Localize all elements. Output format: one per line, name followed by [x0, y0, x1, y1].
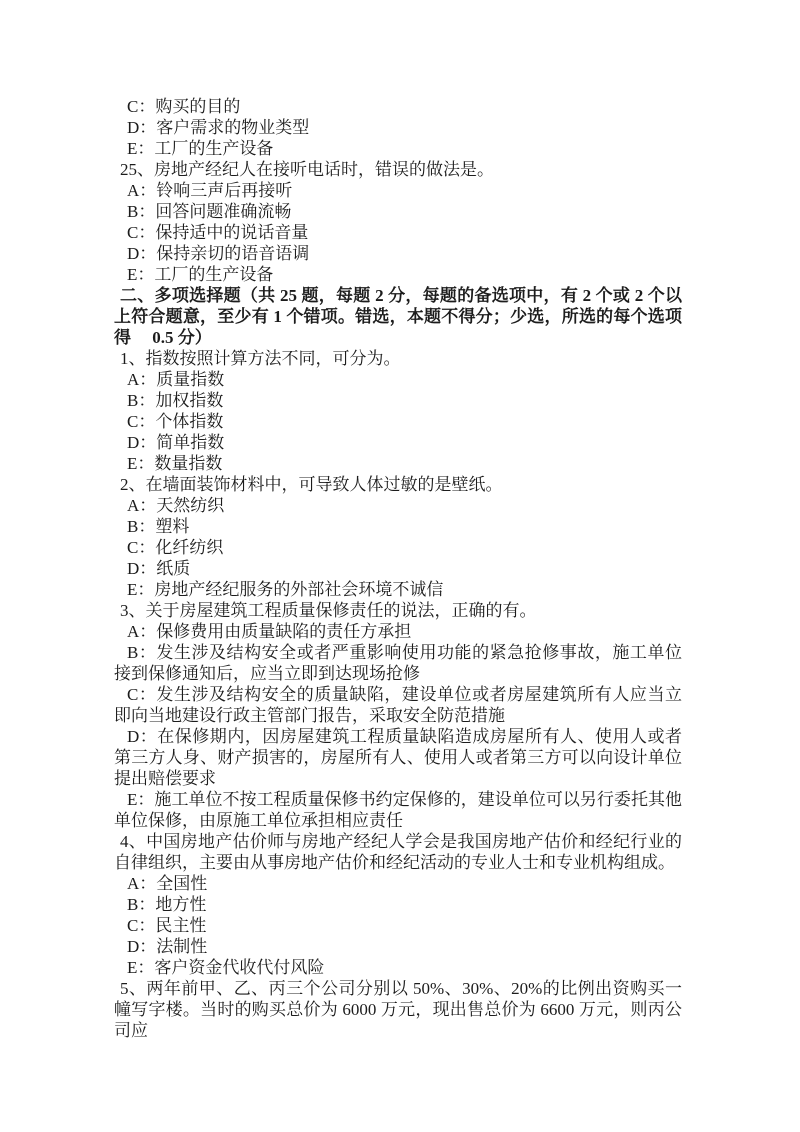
option-text: B：加权指数	[114, 390, 682, 411]
option-text: E：数量指数	[114, 453, 682, 474]
question-text: 25、房地产经纪人在接听电话时，错误的做法是。	[114, 159, 682, 180]
option-text: C：保持适中的说话音量	[114, 222, 682, 243]
option-text: B：地方性	[114, 894, 682, 915]
option-text: E：工厂的生产设备	[114, 264, 682, 285]
question-text: 3、关于房屋建筑工程质量保修责任的说法，正确的有。	[114, 600, 682, 621]
option-text: D：纸质	[114, 558, 682, 579]
option-text: A：质量指数	[114, 369, 682, 390]
section-header: 二、多项选择题（共 25 题，每题 2 分，每题的备选项中，有 2 个或 2 个…	[114, 285, 682, 348]
option-text: D：在保修期内，因房屋建筑工程质量缺陷造成房屋所有人、使用人或者第三方人身、财产…	[114, 726, 682, 789]
option-text: E：工厂的生产设备	[114, 138, 682, 159]
option-text: E：客户资金代收代付风险	[114, 957, 682, 978]
option-text: C：个体指数	[114, 411, 682, 432]
option-text: C：民主性	[114, 915, 682, 936]
option-text: C：发生涉及结构安全的质量缺陷，建设单位或者房屋建筑所有人应当立即向当地建设行政…	[114, 684, 682, 726]
question-text: 5、两年前甲、乙、丙三个公司分别以 50%、30%、20%的比例出资购买一幢写字…	[114, 978, 682, 1041]
option-text: D：法制性	[114, 936, 682, 957]
option-text: A：铃响三声后再接听	[114, 180, 682, 201]
option-text: D：简单指数	[114, 432, 682, 453]
option-text: C：购买的目的	[114, 96, 682, 117]
option-text: A：保修费用由质量缺陷的责任方承担	[114, 621, 682, 642]
option-text: E：房地产经纪服务的外部社会环境不诚信	[114, 579, 682, 600]
option-text: B：发生涉及结构安全或者严重影响使用功能的紧急抢修事故，施工单位接到保修通知后，…	[114, 642, 682, 684]
question-text: 1、指数按照计算方法不同，可分为。	[114, 348, 682, 369]
option-text: C：化纤纺织	[114, 537, 682, 558]
option-text: B：塑料	[114, 516, 682, 537]
option-text: E：施工单位不按工程质量保修书约定保修的，建设单位可以另行委托其他单位保修，由原…	[114, 789, 682, 831]
option-text: A：天然纺织	[114, 495, 682, 516]
option-text: D：客户需求的物业类型	[114, 117, 682, 138]
option-text: A：全国性	[114, 873, 682, 894]
document-body: C：购买的目的D：客户需求的物业类型E：工厂的生产设备25、房地产经纪人在接听电…	[114, 96, 682, 1041]
option-text: D：保持亲切的语音语调	[114, 243, 682, 264]
option-text: B：回答问题准确流畅	[114, 201, 682, 222]
document-page: C：购买的目的D：客户需求的物业类型E：工厂的生产设备25、房地产经纪人在接听电…	[0, 0, 800, 1132]
question-text: 4、中国房地产估价师与房地产经纪人学会是我国房地产估价和经纪行业的自律组织，主要…	[114, 831, 682, 873]
question-text: 2、在墙面装饰材料中，可导致人体过敏的是壁纸。	[114, 474, 682, 495]
